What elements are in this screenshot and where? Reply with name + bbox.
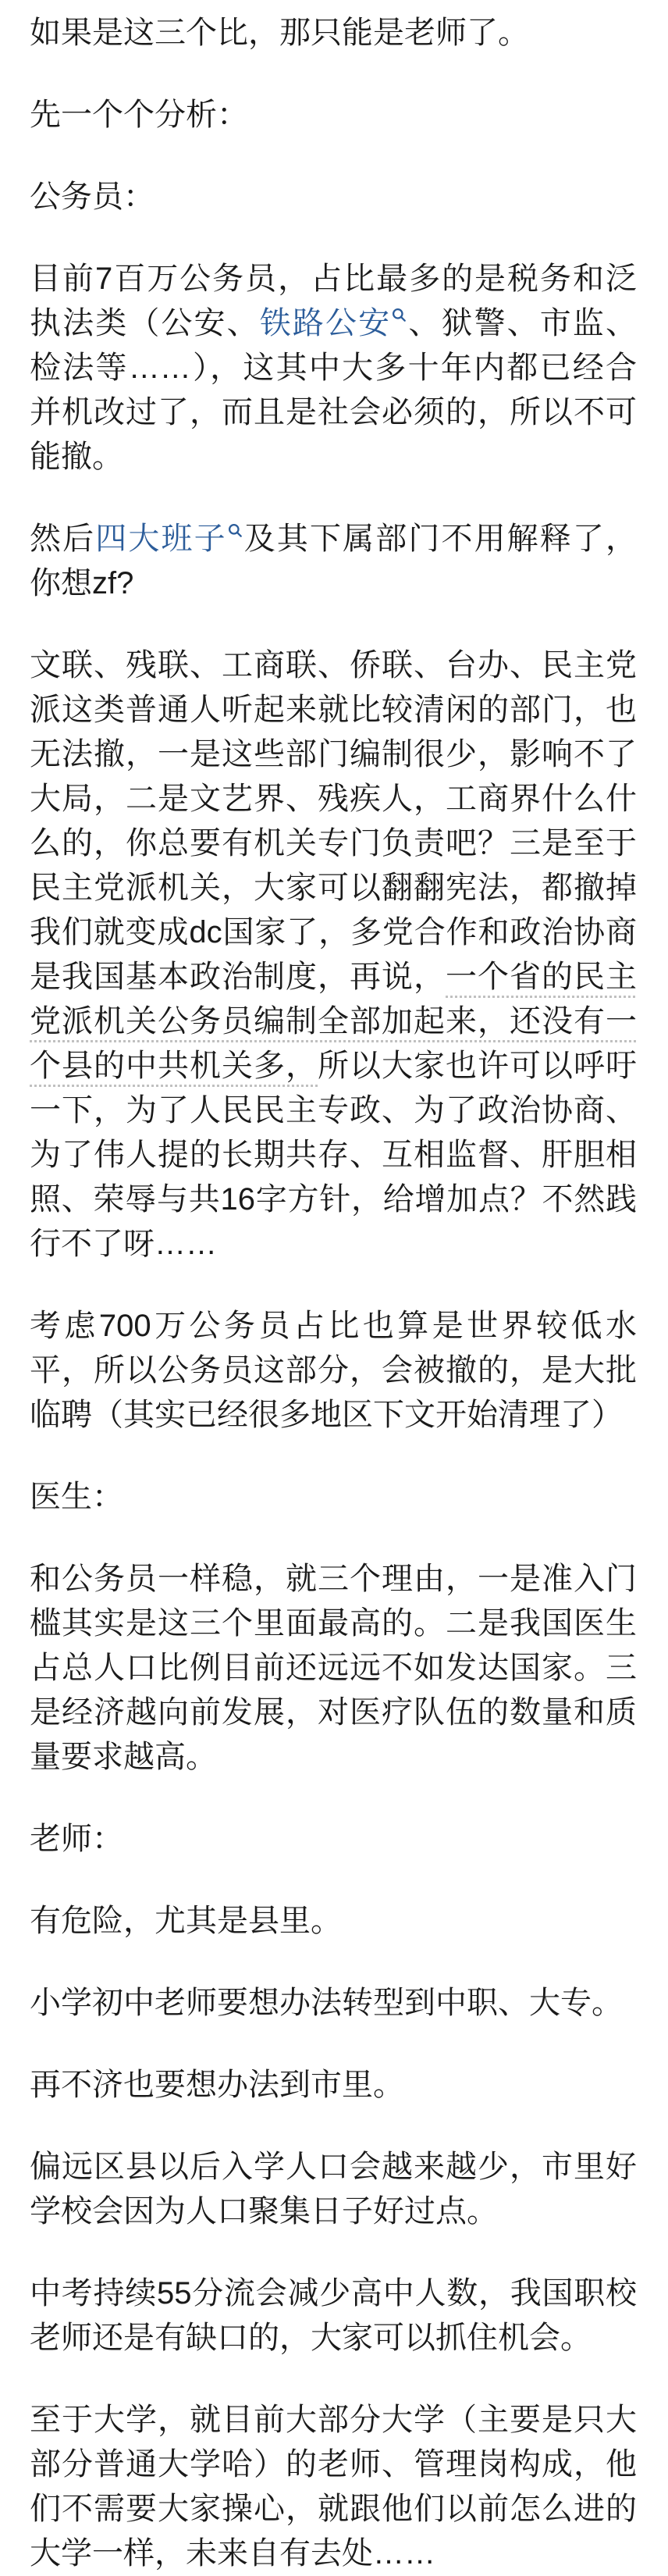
paragraph-remote-county: 偏远区县以后入学人口会越来越少，市里好学校会因为人口聚集日子好过点。 [30,2145,637,2234]
section-heading-civil-servant: 公务员： [30,175,637,219]
paragraph-intro: 如果是这三个比，那只能是老师了。 [30,11,637,55]
paragraph-university: 至于大学，就目前大部分大学（主要是只大部分普通大学哈）的老师、管理岗构成，他们不… [30,2398,637,2576]
text-segment: 然后 [30,522,95,556]
entity-link-label: 铁路公安 [260,306,391,340]
paragraph-four-teams: 然后四大班子及其下属部门不用解释了，你想zf? [30,517,637,606]
paragraph-analysis-lead: 先一个个分析： [30,93,637,137]
section-heading-teacher: 老师： [30,1817,637,1862]
entity-link-railway-police[interactable]: 铁路公安 [260,306,407,340]
paragraph-vocational-school: 中考持续55分流会减少高中人数，我国职校老师还是有缺口的，大家可以抓住机会。 [30,2271,637,2360]
entity-link-four-leading-teams[interactable]: 四大班子 [95,522,242,556]
paragraph-doctor-reasons: 和公务员一样稳，就三个理由，一是准入门槛其实是这三个里面最高的。二是我国医生占总… [30,1557,637,1780]
paragraph-civil-servant-1: 目前7百万公务员，占比最多的是税务和泛执法类（公安、铁路公安、狱警、市监、检法等… [30,257,637,479]
paragraph-civil-servant-conclusion: 考虑700万公务员占比也算是世界较低水平，所以公务员这部分，会被撤的，是大批临聘… [30,1304,637,1438]
paragraph-teacher-city: 再不济也要想办法到市里。 [30,2063,637,2107]
section-heading-doctor: 医生： [30,1475,637,1520]
search-icon [228,523,243,538]
entity-link-label: 四大班子 [95,522,226,556]
paragraph-teacher-risk: 有危险，尤其是县里。 [30,1899,637,1944]
article-body: 如果是这三个比，那只能是老师了。 先一个个分析： 公务员： 目前7百万公务员，占… [30,11,637,2576]
search-icon [392,308,407,322]
paragraph-teacher-transform: 小学初中老师要想办法转型到中职、大专。 [30,1981,637,2026]
paragraph-united-front-orgs: 文联、残联、工商联、侨联、台办、民主党派这类普通人听起来就比较清闲的部门，也无法… [30,643,637,1267]
text-segment: 文联、残联、工商联、侨联、台办、民主党派这类普通人听起来就比较清闲的部门，也无法… [30,648,637,994]
